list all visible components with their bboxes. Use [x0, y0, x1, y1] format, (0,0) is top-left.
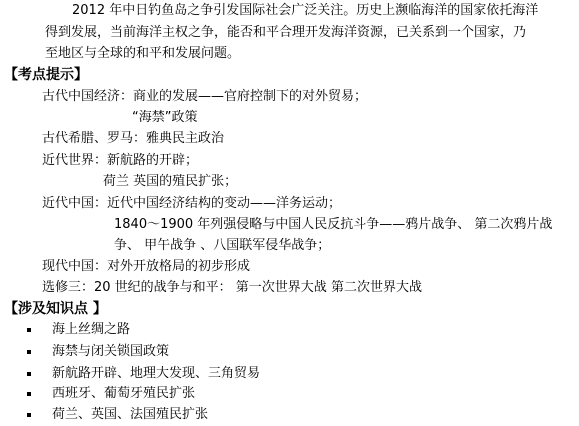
exam-point-line: 近代中国：近代中国经济结构的变动——洋务运动； [42, 196, 341, 212]
exam-point-line: 古代中国经济：商业的发展——官府控制下的对外贸易； [42, 89, 367, 105]
bullet-icon [27, 328, 31, 332]
exam-point-line: 争、 甲午战争 、八国联军侵华战争； [114, 238, 330, 254]
exam-point-line: 古代希腊、罗马：雅典民主政治 [42, 131, 224, 147]
exam-point-line: 近代世界：新航路的开辟； [42, 153, 198, 169]
intro-line-2: 得到发展，当前海洋主权之争，能否和平合理开发海洋资源，已关系到一个国家，乃 [45, 25, 526, 41]
knowledge-points-heading: 【涉及知识点 】 [4, 301, 107, 317]
exam-point-line: 1840～1900 年列强侵略与中国人民反抗斗争——鸦片战争、 第二次鸦片战 [114, 217, 552, 233]
knowledge-item: 海上丝绸之路 [52, 322, 130, 338]
exam-point-line: “海禁”政策 [132, 110, 197, 126]
bullet-icon [27, 413, 31, 417]
knowledge-item: 海禁与闭关锁国政策 [52, 344, 169, 360]
exam-point-line: 荷兰 英国的殖民扩张； [103, 174, 237, 190]
bullet-icon [27, 392, 31, 396]
exam-point-line: 现代中国：对外开放格局的初步形成 [42, 259, 250, 275]
bullet-icon [27, 350, 31, 354]
knowledge-item: 荷兰、英国、法国殖民扩张 [52, 407, 208, 423]
exam-point-line: 选修三：20 世纪的战争与和平： 第一次世界大战 第二次世界大战 [42, 280, 422, 296]
bullet-icon [27, 372, 31, 376]
intro-line-1: 2012 年中日钓鱼岛之争引发国际社会广泛关注。历史上濒临海洋的国家依托海洋 [72, 3, 538, 19]
knowledge-item: 西班牙、葡萄牙殖民扩张 [52, 386, 195, 402]
knowledge-item: 新航路开辟、地理大发现、三角贸易 [52, 366, 260, 382]
exam-points-heading: 【考点提示】 [4, 67, 88, 83]
intro-line-3: 至地区与全球的和平和发展问题。 [45, 46, 240, 62]
